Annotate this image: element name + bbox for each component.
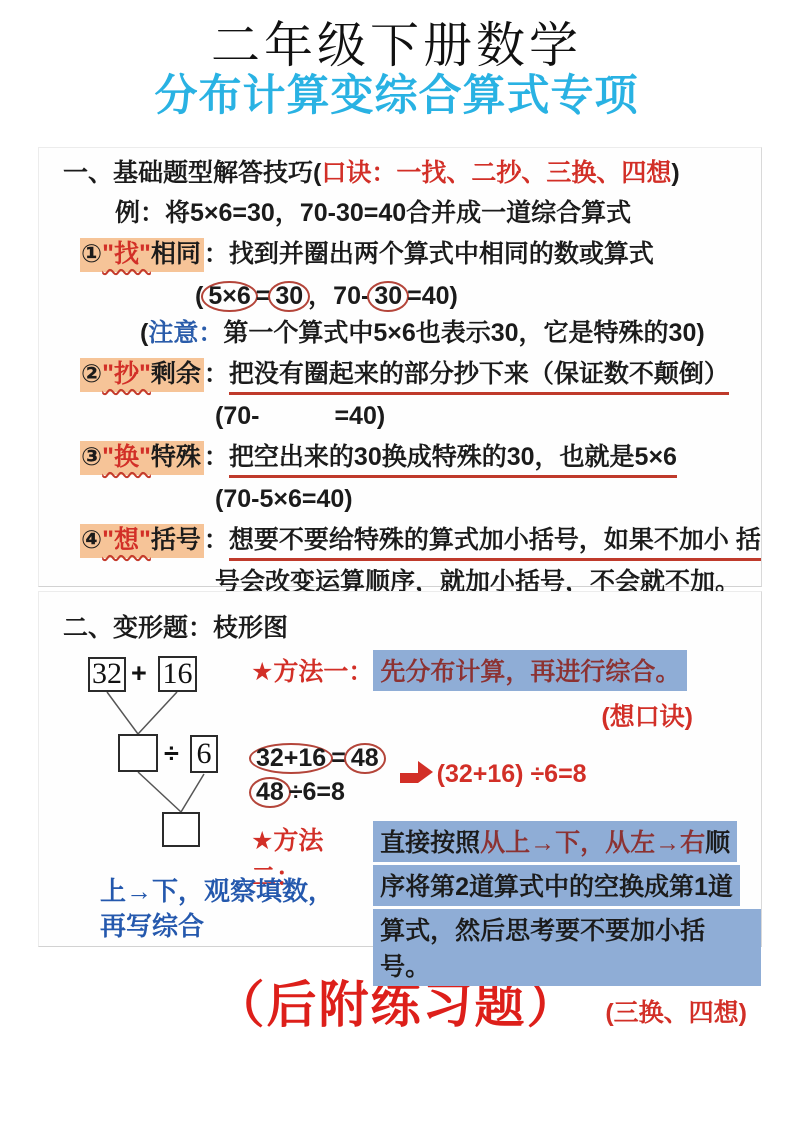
tree-box-16: 16 [158, 656, 197, 692]
circled-mid: ，70- [308, 282, 369, 310]
note-text: 第一个算式中5×6也表示30，它是特殊的30) [223, 319, 704, 347]
step1-keyword: "找" [102, 240, 151, 268]
circled-end: =40) [407, 282, 458, 310]
tree-box-blank-2 [162, 812, 200, 847]
section1-heading-mnemonic: 口诀：一找、二抄、三换、四想 [321, 159, 671, 187]
step1-text: 找到并圈出两个算式中相同的数或算式 [229, 240, 654, 268]
step1-name: 相同 [151, 240, 201, 268]
step3-sub-equation: (70-5×6=40) [215, 484, 751, 515]
side-note-line2: 再写综合 [100, 909, 334, 944]
method2-line3: 算式，然后思考要不要加小括号。 [373, 909, 761, 986]
step2-copy-line: ②"抄"剩余：把没有圈起来的部分抄下来（保证数不颠倒） [80, 358, 751, 392]
step3-name: 特殊 [151, 443, 201, 471]
method2-text: 直接按照从上→下，从左→右顺 序将第2道算式中的空换成第1道 算式，然后思考要不… [373, 821, 761, 989]
tree-box-6: 6 [190, 735, 218, 773]
note-label: 注意： [148, 319, 223, 347]
step2-text: 把没有圈起来的部分抄下来（保证数不颠倒） [229, 360, 729, 395]
method2-line1-red: 从上→下，从左→右 [480, 829, 705, 857]
step3-number: ③ [81, 443, 102, 471]
method2-hint: (三换、四想) [251, 993, 761, 1029]
example-line: 例：将5×6=30，70-30=40合并成一道综合算式 [115, 198, 751, 229]
section-basic-techniques: 一、基础题型解答技巧(口诀：一找、二抄、三换、四想) 例：将5×6=30，70-… [38, 147, 762, 587]
step1-number: ① [81, 240, 102, 268]
circle-32plus16: 32+16 [249, 743, 333, 774]
combined-result: (32+16) ÷6=8 [437, 760, 587, 789]
circled-equations-line: (5×6=30，70-30=40) [195, 281, 751, 312]
tree-box-blank-1 [118, 734, 158, 772]
section1-heading-pre: 一、基础题型解答技巧( [63, 159, 321, 187]
step4-number: ④ [81, 526, 102, 554]
step4-text-line1: 想要不要给特殊的算式加小括号，如果不加小 括 [229, 526, 761, 561]
step2-keyword: "抄" [102, 360, 151, 388]
section1-heading-post: ) [671, 159, 679, 187]
equations-block: 32+16=48 48÷6=8 (32+16) ÷6=8 [251, 741, 761, 809]
step4-think-line: ④"想"括号：想要不要给特殊的算式加小括号，如果不加小 括 [80, 524, 751, 558]
step3-keyword: "换" [102, 443, 151, 471]
step1-label: ①"找"相同 [80, 238, 204, 272]
equations-left: 32+16=48 48÷6=8 [251, 741, 384, 809]
circle-5x6: 5×6 [201, 281, 257, 312]
method1-text: 先分布计算，再进行综合。 [373, 650, 687, 691]
step4-label: ④"想"括号 [80, 524, 204, 558]
step3-label: ③"换"特殊 [80, 441, 204, 475]
page-subtitle: 分布计算变综合算式专项 [0, 73, 793, 120]
right-arrow-icon [400, 761, 433, 788]
method2-line1: 直接按照从上→下，从左→右顺 [373, 821, 737, 862]
step4-colon: ： [204, 526, 229, 554]
method2-line1-black: 直接按照 [380, 829, 480, 857]
methods-column: ★方法一：先分布计算，再进行综合。 (想口诀) 32+16=48 48÷6=8 … [251, 650, 761, 1029]
note-line: (注意：第一个算式中5×6也表示30，它是特殊的30) [140, 318, 751, 349]
step3-colon: ： [204, 443, 229, 471]
step4-keyword: "想" [102, 526, 151, 554]
method1-row: ★方法一：先分布计算，再进行综合。 [251, 650, 761, 691]
section1-heading: 一、基础题型解答技巧(口诀：一找、二抄、三换、四想) [63, 158, 751, 189]
method1-hint: (想口诀) [251, 697, 761, 733]
step4-name: 括号 [151, 526, 201, 554]
method2-line1-tail: 顺 [705, 829, 730, 857]
step1-colon: ： [204, 240, 229, 268]
step2-name: 剩余 [151, 360, 201, 388]
circle-48-b: 48 [249, 777, 291, 808]
circle-30-a: 30 [268, 281, 310, 312]
equation-1: 32+16=48 [251, 741, 384, 775]
tree-box-32: 32 [88, 657, 126, 692]
step2-number: ② [81, 360, 102, 388]
tree-plus-sign: + [131, 658, 147, 689]
circle-48-a: 48 [344, 743, 386, 774]
page-title: 二年级下册数学 [0, 20, 793, 71]
step3-swap-line: ③"换"特殊：把空出来的30换成特殊的30，也就是5×6 [80, 441, 751, 475]
section2-heading: 二、变形题：枝形图 [63, 608, 751, 644]
section-branch-diagram: 二、变形题：枝形图 32 + 16 ÷ 6 ★方法一：先分布计算，再进行综合。 … [38, 591, 762, 947]
step3-text: 把空出来的30换成特殊的30，也就是5×6 [229, 443, 677, 478]
method1-label: ★方法一： [251, 658, 373, 686]
circle-30-b: 30 [367, 281, 409, 312]
side-note-line1: 上→下，观察填数， [100, 874, 334, 909]
method2-line2: 序将第2道算式中的空换成第1道 [373, 865, 740, 906]
page-header: 二年级下册数学 分布计算变综合算式专项 [0, 0, 793, 121]
side-note: 上→下，观察填数， 再写综合 [100, 874, 334, 944]
step1-find-line: ①"找"相同：找到并圈出两个算式中相同的数或算式 [80, 238, 751, 272]
tree-divide-sign: ÷ [164, 738, 179, 769]
step2-label: ②"抄"剩余 [80, 358, 204, 392]
equations-result-row: (32+16) ÷6=8 [400, 760, 587, 789]
equation-2-rest: ÷6=8 [289, 778, 345, 806]
step2-sub-equation: (70- =40) [215, 401, 751, 432]
equation-2: 48÷6=8 [251, 775, 384, 809]
step2-colon: ： [204, 360, 229, 388]
